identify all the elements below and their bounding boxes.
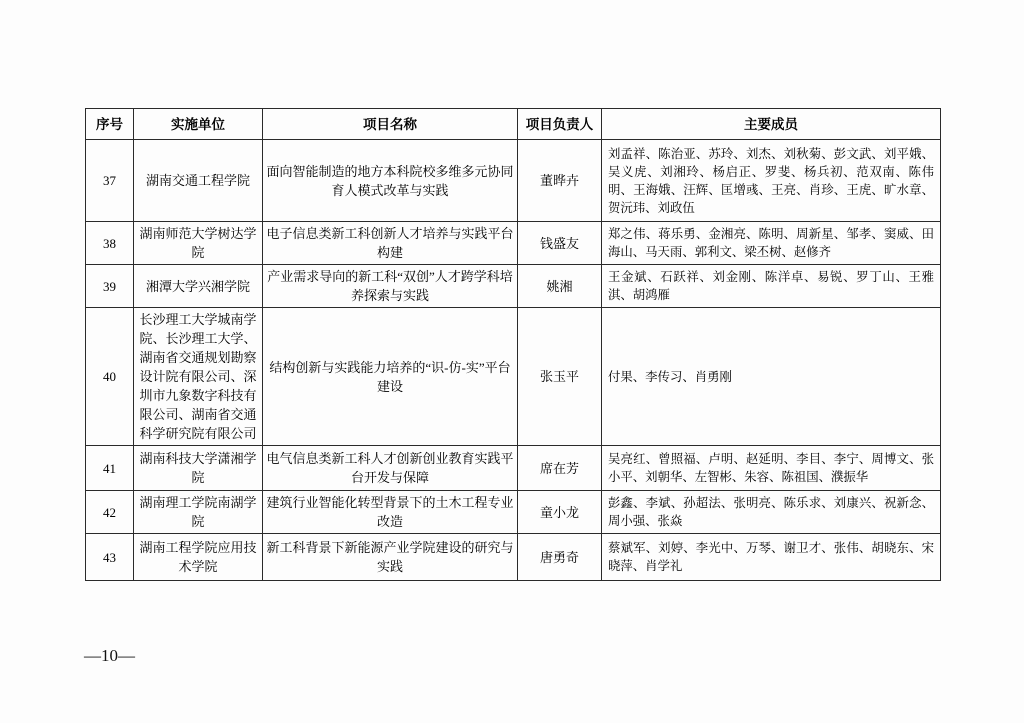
cell-unit: 湖南师范大学树达学院 xyxy=(134,222,263,265)
header-serial-number: 序号 xyxy=(86,109,134,140)
cell-leader: 席在芳 xyxy=(518,446,602,491)
cell-project-name: 电子信息类新工科创新人才培养与实践平台构建 xyxy=(263,222,518,265)
document-page: 序号 实施单位 项目名称 项目负责人 主要成员 37 湖南交通工程学院 面向智能… xyxy=(0,0,1024,723)
cell-project-name: 结构创新与实践能力培养的“识-仿-实”平台建设 xyxy=(263,308,518,446)
cell-project-name: 面向智能制造的地方本科院校多维多元协同育人模式改革与实践 xyxy=(263,140,518,222)
table-row-42: 42 湖南理工学院南湖学院 建筑行业智能化转型背景下的土木工程专业改造 童小龙 … xyxy=(86,491,941,534)
cell-unit: 湘潭大学兴湘学院 xyxy=(134,265,263,308)
cell-unit: 湖南理工学院南湖学院 xyxy=(134,491,263,534)
cell-leader: 童小龙 xyxy=(518,491,602,534)
cell-serial-number: 39 xyxy=(86,265,134,308)
cell-project-name: 新工科背景下新能源产业学院建设的研究与实践 xyxy=(263,534,518,581)
cell-leader: 钱盛友 xyxy=(518,222,602,265)
cell-members: 郑之伟、蒋乐勇、金湘亮、陈明、周新星、邹孝、窦威、田海山、马天雨、郭利文、梁丕树… xyxy=(602,222,941,265)
cell-unit: 湖南工程学院应用技术学院 xyxy=(134,534,263,581)
cell-members: 王金斌、石跃祥、刘金刚、陈洋卓、易锐、罗丁山、王雅淇、胡鸿雁 xyxy=(602,265,941,308)
cell-members: 付果、李传习、肖勇刚 xyxy=(602,308,941,446)
cell-unit: 湖南交通工程学院 xyxy=(134,140,263,222)
cell-members: 蔡斌军、刘婷、李光中、万琴、谢卫才、张伟、胡晓东、宋晓萍、肖学礼 xyxy=(602,534,941,581)
header-project-name: 项目名称 xyxy=(263,109,518,140)
cell-serial-number: 41 xyxy=(86,446,134,491)
table-row-39: 39 湘潭大学兴湘学院 产业需求导向的新工科“双创”人才跨学科培养探索与实践 姚… xyxy=(86,265,941,308)
cell-members: 吴亮红、曾照福、卢明、赵延明、李目、李宁、周博文、张小平、刘朝华、左智彬、朱容、… xyxy=(602,446,941,491)
cell-leader: 张玉平 xyxy=(518,308,602,446)
table-row-38: 38 湖南师范大学树达学院 电子信息类新工科创新人才培养与实践平台构建 钱盛友 … xyxy=(86,222,941,265)
cell-project-name: 产业需求导向的新工科“双创”人才跨学科培养探索与实践 xyxy=(263,265,518,308)
header-members: 主要成员 xyxy=(602,109,941,140)
cell-unit: 湖南科技大学潇湘学院 xyxy=(134,446,263,491)
cell-members: 彭鑫、李斌、孙超法、张明亮、陈乐求、刘康兴、祝新念、周小强、张焱 xyxy=(602,491,941,534)
table-row-40: 40 长沙理工大学城南学院、长沙理工大学、湖南省交通规划勘察设计院有限公司、深圳… xyxy=(86,308,941,446)
header-leader: 项目负责人 xyxy=(518,109,602,140)
cell-serial-number: 43 xyxy=(86,534,134,581)
cell-leader: 姚湘 xyxy=(518,265,602,308)
cell-serial-number: 37 xyxy=(86,140,134,222)
page-number: —10— xyxy=(84,645,135,667)
header-unit: 实施单位 xyxy=(134,109,263,140)
cell-serial-number: 42 xyxy=(86,491,134,534)
table-header-row: 序号 实施单位 项目名称 项目负责人 主要成员 xyxy=(86,109,941,140)
cell-serial-number: 40 xyxy=(86,308,134,446)
table-row-43: 43 湖南工程学院应用技术学院 新工科背景下新能源产业学院建设的研究与实践 唐勇… xyxy=(86,534,941,581)
cell-project-name: 建筑行业智能化转型背景下的土木工程专业改造 xyxy=(263,491,518,534)
cell-project-name: 电气信息类新工科人才创新创业教育实践平台开发与保障 xyxy=(263,446,518,491)
cell-members: 刘孟祥、陈治亚、苏玲、刘杰、刘秋菊、彭文武、刘平娥、吴义虎、刘湘玲、杨启正、罗斐… xyxy=(602,140,941,222)
cell-leader: 唐勇奇 xyxy=(518,534,602,581)
table-row-41: 41 湖南科技大学潇湘学院 电气信息类新工科人才创新创业教育实践平台开发与保障 … xyxy=(86,446,941,491)
table-row-37: 37 湖南交通工程学院 面向智能制造的地方本科院校多维多元协同育人模式改革与实践… xyxy=(86,140,941,222)
cell-unit: 长沙理工大学城南学院、长沙理工大学、湖南省交通规划勘察设计院有限公司、深圳市九象… xyxy=(134,308,263,446)
cell-leader: 董晔卉 xyxy=(518,140,602,222)
project-table: 序号 实施单位 项目名称 项目负责人 主要成员 37 湖南交通工程学院 面向智能… xyxy=(85,108,941,581)
cell-serial-number: 38 xyxy=(86,222,134,265)
